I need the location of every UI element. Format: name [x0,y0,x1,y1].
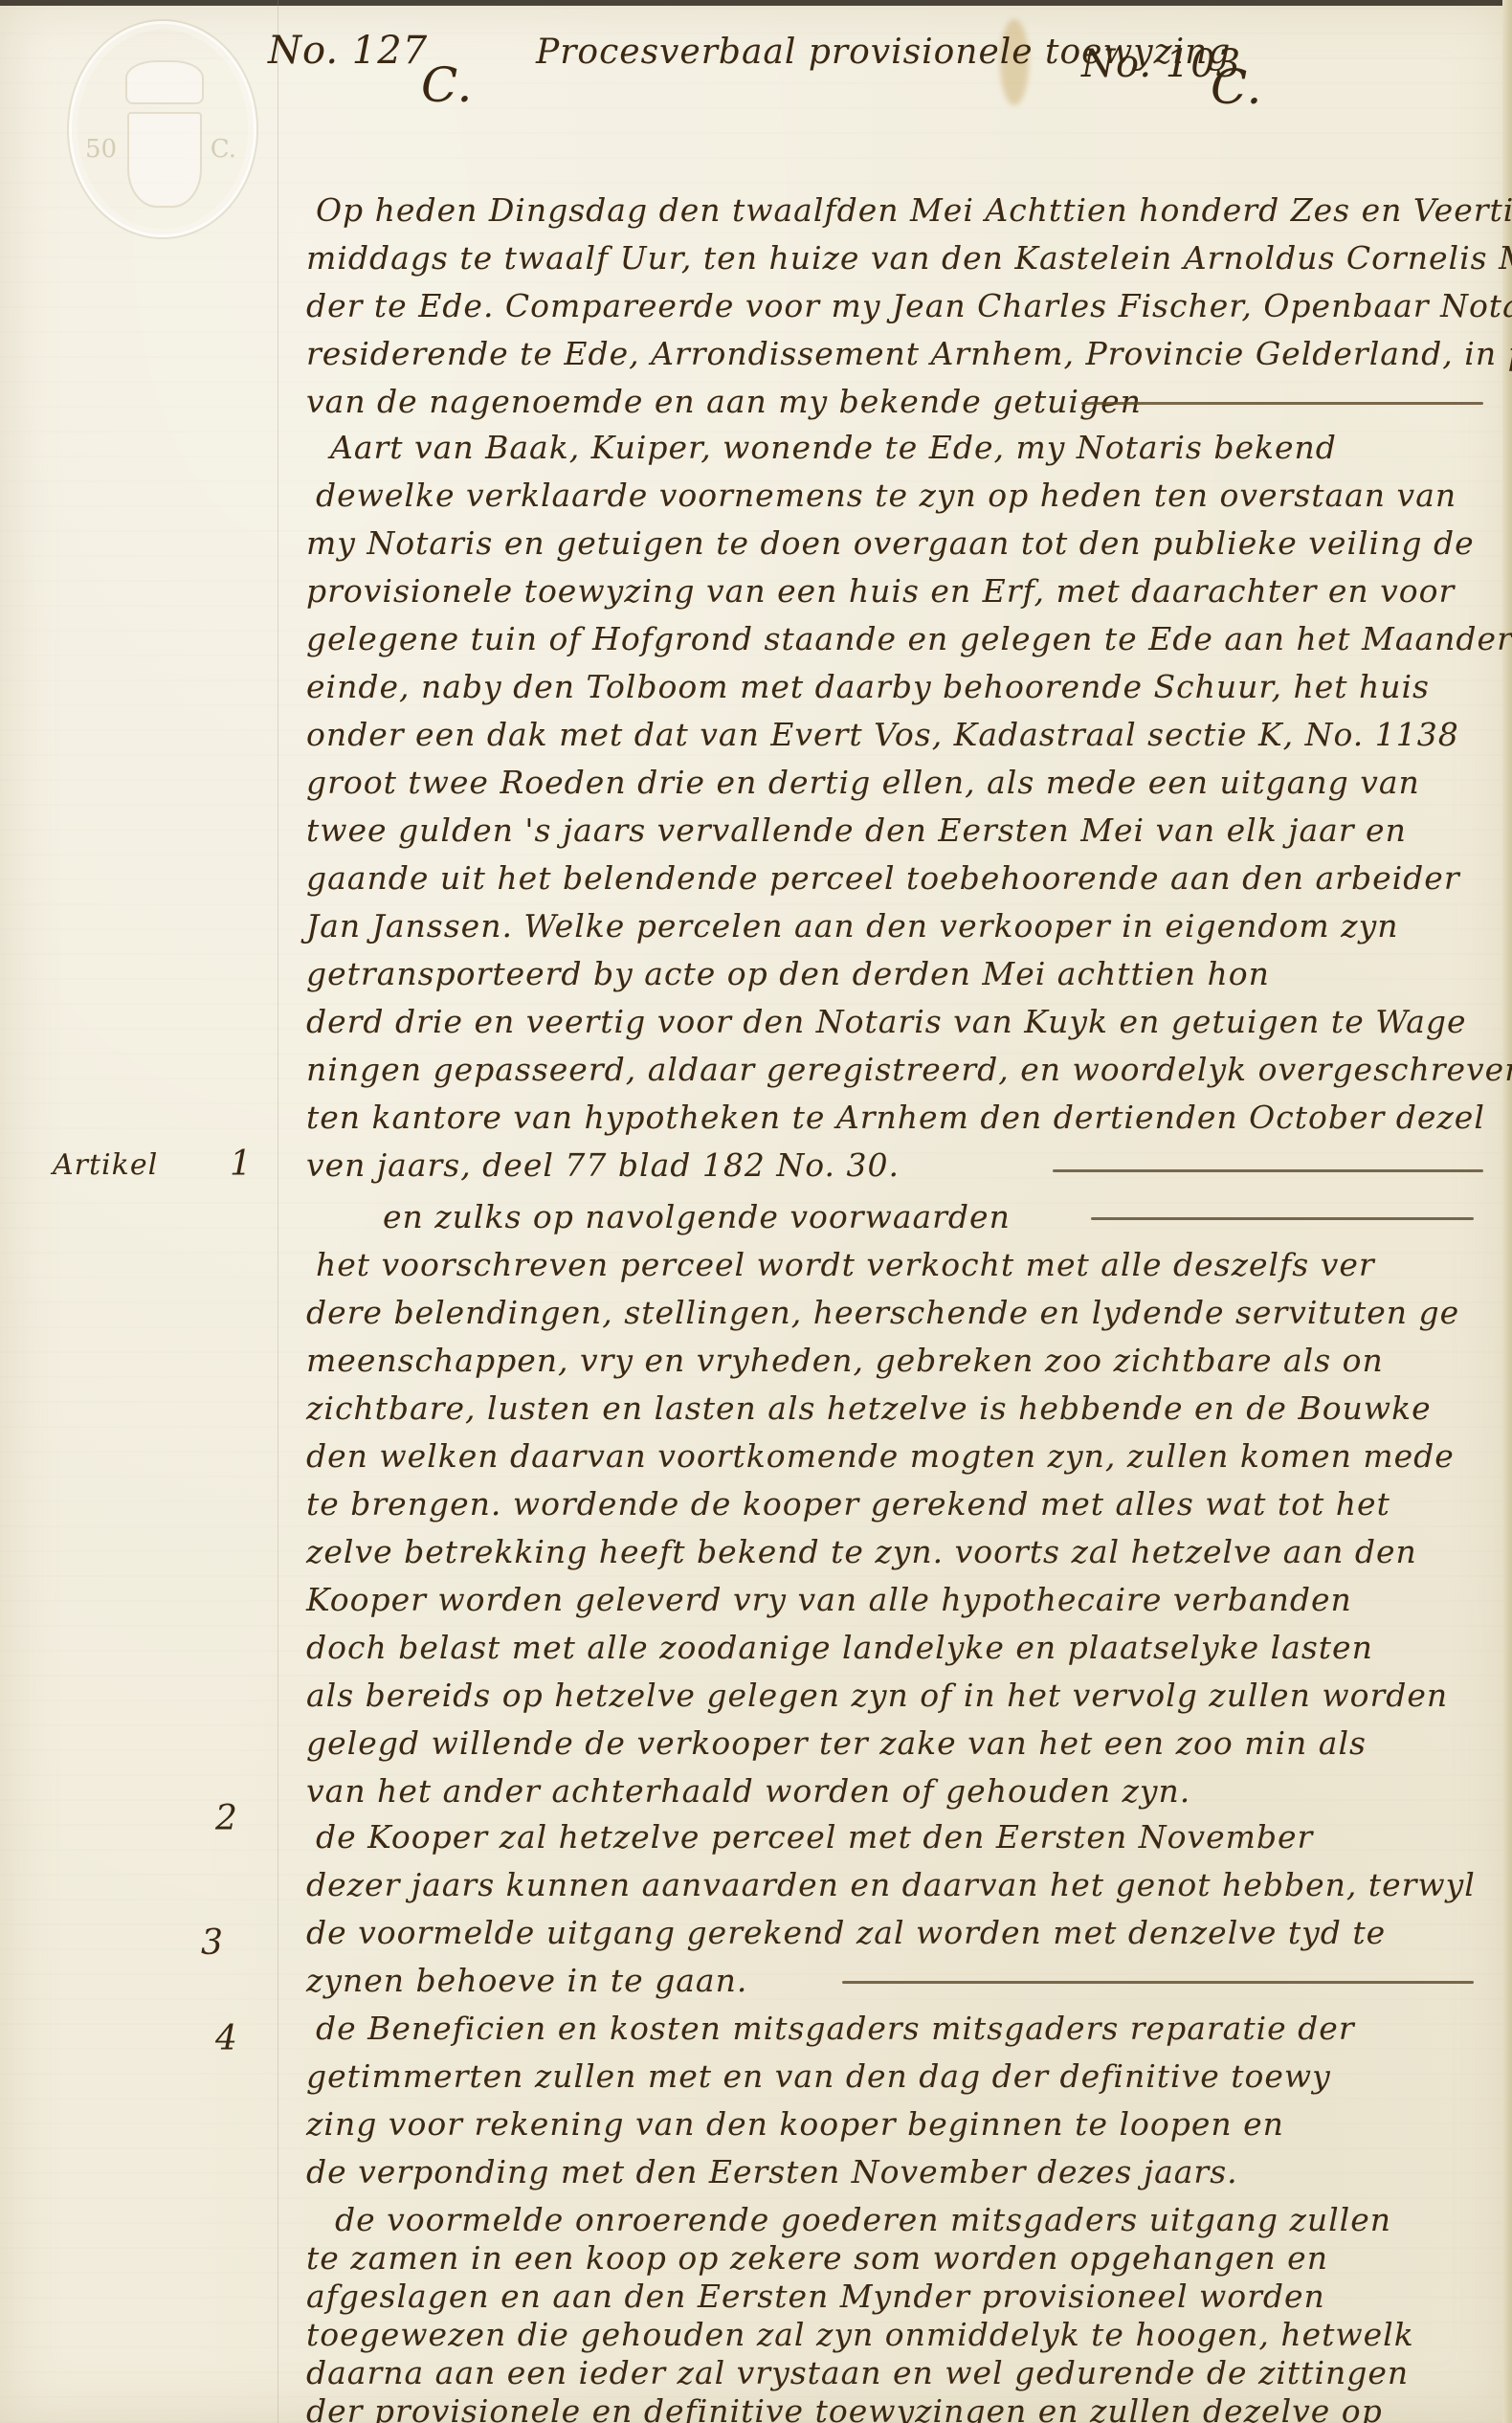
text-line: provisionele toewyzing van een huis en E… [306,572,1455,610]
embossed-stamp-seal: 50 C. [69,21,256,237]
text-line: Jan Janssen. Welke percelen aan den verk… [306,907,1398,945]
text-line: daarna aan een ieder zal vrystaan en wel… [306,2354,1409,2391]
line-filler-rule [1053,1169,1483,1172]
text-line: getransporteerd by acte op den derden Me… [306,955,1270,992]
text-line: zelve betrekking heeft bekend te zyn. vo… [306,1533,1417,1570]
text-line: de voormelde uitgang gerekend zal worden… [306,1914,1386,1951]
text-line: de Beneficien en kosten mitsgaders mitsg… [316,2010,1355,2047]
article-number: 2 [215,1799,238,1838]
article-number: 1 [230,1145,253,1184]
line-filler-rule [842,1981,1474,1984]
text-line: gaande uit het belendende perceel toebeh… [306,859,1460,897]
text-line: twee gulden 's jaars vervallende den Eer… [306,811,1407,849]
text-line: my Notaris en getuigen te doen overgaan … [306,524,1475,562]
text-line: de Kooper zal hetzelve perceel met den E… [316,1818,1313,1856]
text-line: ten kantore van hypotheken te Arnhem den… [306,1099,1485,1136]
text-line: te zamen in een koop op zekere som worde… [306,2239,1328,2277]
text-line: gelegd willende de verkooper ter zake va… [306,1724,1367,1762]
text-line: Op heden Dingsdag den twaalfden Mei Acht… [316,191,1512,229]
stamp-value: 50 [85,135,117,164]
document-number-right-suffix: C. [1211,59,1262,115]
text-line: toegewezen die gehouden zal zyn onmiddel… [306,2316,1414,2353]
stamp-unit: C. [211,135,236,164]
line-filler-rule [1081,402,1483,405]
text-line: te brengen. wordende de kooper gerekend … [306,1485,1390,1523]
text-line: groot twee Roeden drie en dertig ellen, … [306,764,1420,801]
text-line: residerende te Ede, Arrondissement Arnhe… [306,335,1512,372]
crown-icon [125,60,204,104]
article-number: 4 [215,2019,238,2058]
text-line: der te Ede. Compareerde voor my Jean Cha… [306,287,1512,324]
lion-shield-icon [127,112,202,208]
line-filler-rule [1091,1217,1474,1220]
text-line: de verponding met den Eersten November d… [306,2153,1238,2190]
text-line: afgeslagen en aan den Eersten Mynder pro… [306,2278,1325,2315]
text-line: getimmerten zullen met en van den dag de… [306,2057,1331,2095]
text-line: Kooper worden geleverd vry van alle hypo… [306,1581,1352,1618]
text-line: zynen behoeve in te gaan. [306,1962,747,1999]
article-margin-heading: Artikel [53,1148,158,1182]
text-line: dezer jaars kunnen aanvaarden en daarvan… [306,1866,1476,1903]
page-top-edge [0,0,1512,6]
text-line: gelegene tuin of Hofgrond staande en gel… [306,620,1512,657]
text-line: dewelke verklaarde voornemens te zyn op … [316,477,1456,514]
article-number: 3 [201,1923,224,1963]
text-line: dere belendingen, stellingen, heerschend… [306,1294,1459,1331]
text-line: ven jaars, deel 77 blad 182 No. 30. [306,1146,900,1184]
text-line: derd drie en veertig voor den Notaris va… [306,1003,1467,1040]
text-line: de voormelde onroerende goederen mitsgad… [335,2201,1391,2238]
text-line: einde, naby den Tolboom met daarby behoo… [306,668,1430,705]
text-line: middags te twaalf Uur, ten huize van den… [306,239,1512,277]
text-line: van het ander achterhaald worden of geho… [306,1772,1190,1810]
text-line: zichtbare, lusten en lasten als hetzelve… [306,1389,1432,1427]
text-line: doch belast met alle zoodanige landelyke… [306,1629,1373,1666]
text-line: het voorschreven perceel wordt verkocht … [316,1246,1375,1283]
text-line: zing voor rekening van den kooper beginn… [306,2105,1284,2143]
text-line: den welken daarvan voortkomende mogten z… [306,1437,1455,1475]
manuscript-page: 50 C. No. 127 C. Procesverbaal provision… [0,0,1512,2423]
text-line: meenschappen, vry en vryheden, gebreken … [306,1342,1384,1379]
conditions-intro: en zulks op navolgende voorwaarden [383,1198,1011,1235]
text-line: Aart van Baak, Kuiper, wonende te Ede, m… [330,429,1337,466]
text-line: der provisionele en definitive toewyzing… [306,2392,1383,2423]
text-line: ningen gepasseerd, aldaar geregistreerd,… [306,1051,1512,1088]
document-number-left-suffix: C. [421,57,473,113]
text-line: van de nagenoemde en aan my bekende getu… [306,383,1142,420]
document-number-left: No. 127 [268,29,428,73]
text-line: als bereids op hetzelve gelegen zyn of i… [306,1677,1448,1714]
margin-fold-line [278,0,278,2423]
text-line: onder een dak met dat van Evert Vos, Kad… [306,716,1459,753]
